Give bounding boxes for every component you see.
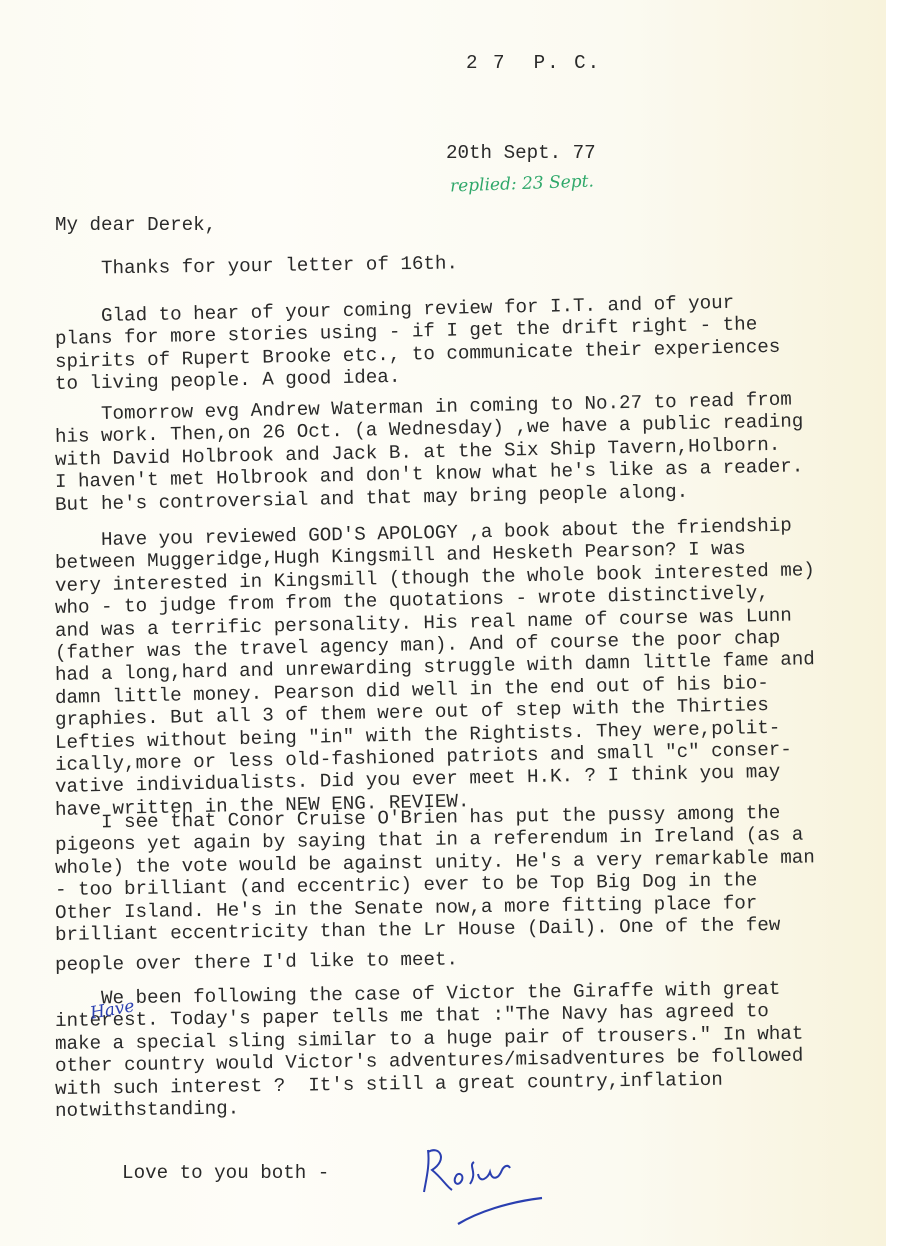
- letter-line: notwithstanding.: [55, 1097, 240, 1122]
- salutation: My dear Derek,: [55, 214, 216, 236]
- signature: Robert: [418, 1140, 558, 1240]
- address-heading: 2 7 P. C.: [466, 52, 601, 74]
- letter-date: 20th Sept. 77: [446, 142, 596, 164]
- page-edge: [886, 0, 900, 1246]
- closing-line: Love to you both -: [76, 1162, 329, 1184]
- signature-scribble-icon: [418, 1140, 558, 1230]
